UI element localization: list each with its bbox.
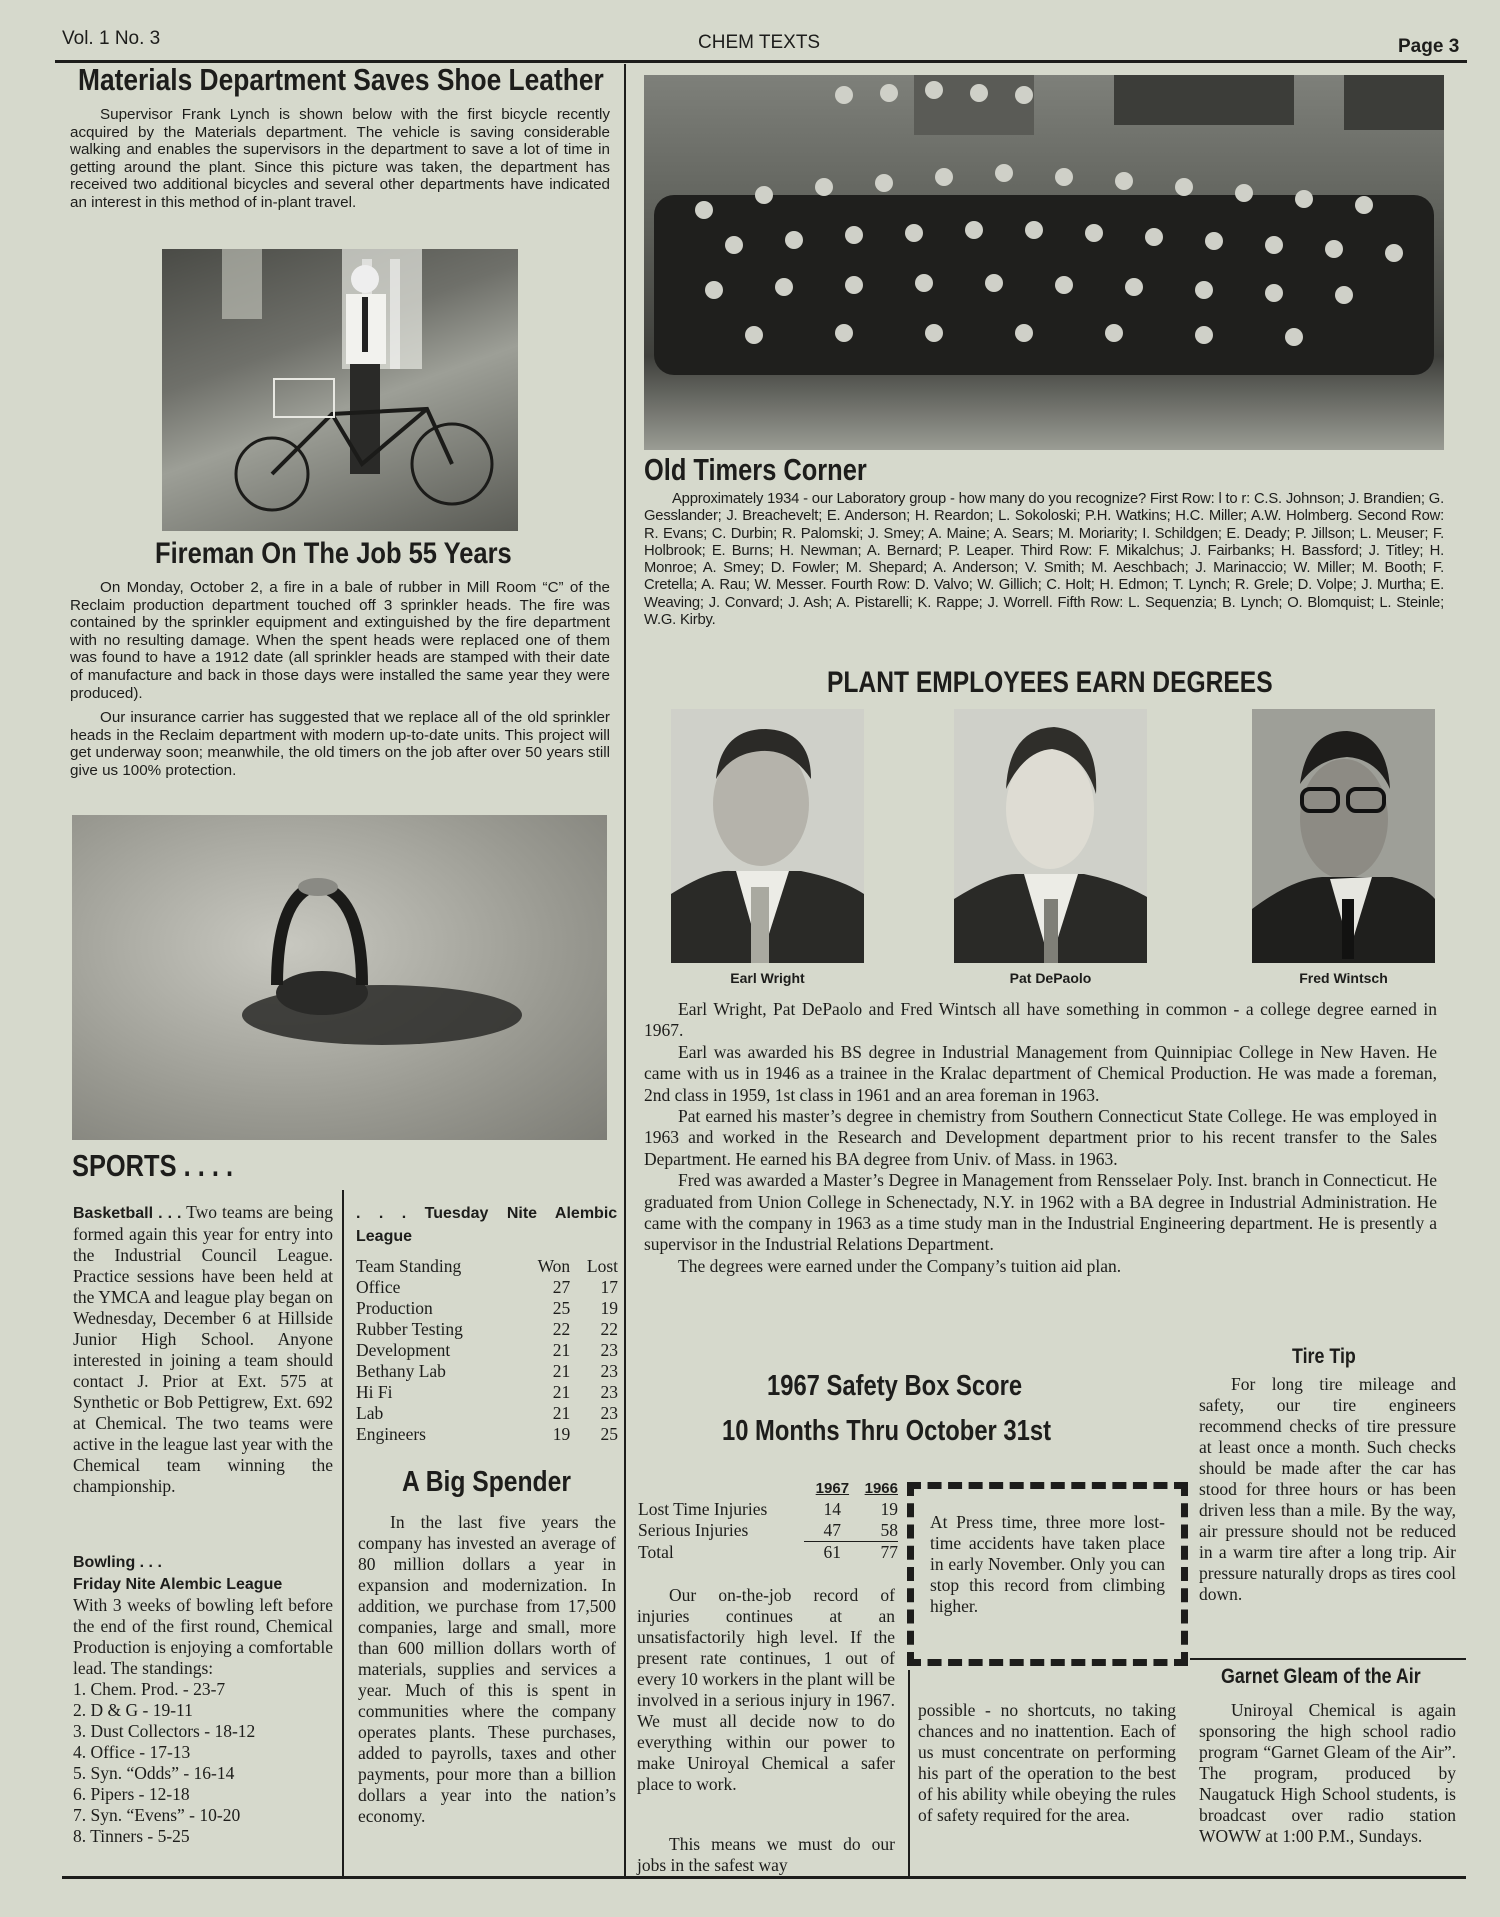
bicycle-illustration-icon <box>162 249 518 531</box>
won-count: 21 <box>520 1340 570 1361</box>
bowling-standing-item: 6. Pipers - 12-18 <box>73 1784 333 1805</box>
safety-subheadline: 10 Months Thru October 31st <box>722 1415 1051 1448</box>
publication-title: CHEM TEXTS <box>698 32 820 54</box>
lost-count: 17 <box>570 1277 618 1298</box>
team-name: Production <box>356 1298 520 1319</box>
column-header: Team Standing <box>356 1256 520 1277</box>
team-name: Bethany Lab <box>356 1361 520 1382</box>
portrait-caption: Fred Wintsch <box>1252 970 1435 986</box>
value-1966: 58 <box>855 1520 898 1542</box>
degrees-paragraph: Fred was awarded a Master’s Degree in Ma… <box>644 1170 1437 1256</box>
bowling-label: Bowling . . . <box>73 1552 333 1573</box>
tire-tip-headline: Tire Tip <box>1292 1345 1356 1369</box>
materials-body: Supervisor Frank Lynch is shown below wi… <box>70 106 610 212</box>
fireman-paragraph-2: Our insurance carrier has suggested that… <box>70 709 610 779</box>
degrees-paragraph: Earl was awarded his BS degree in Indust… <box>644 1042 1437 1106</box>
column-header-1967: 1967 <box>804 1478 855 1499</box>
portrait-caption: Pat DePaolo <box>954 970 1147 986</box>
bowling-standing-item: 3. Dust Collectors - 18-12 <box>73 1721 333 1742</box>
bowling-standing-item: 1. Chem. Prod. - 23-7 <box>73 1679 333 1700</box>
table-row: Development2123 <box>356 1340 618 1361</box>
team-name: Development <box>356 1340 520 1361</box>
won-count: 19 <box>520 1424 570 1445</box>
table-row: Total6177 <box>638 1542 898 1564</box>
won-count: 22 <box>520 1319 570 1340</box>
table-row: Serious Injuries4758 <box>638 1520 898 1542</box>
garnet-body: Uniroyal Chemical is again sponsoring th… <box>1199 1700 1456 1847</box>
tuesday-league-label: . . . Tuesday Nite Alembic League <box>356 1202 618 1248</box>
table-header-row: Team Standing Won Lost <box>356 1256 618 1277</box>
page-number: Page 3 <box>1398 36 1459 58</box>
column-header: Won <box>520 1256 570 1277</box>
garnet-headline: Garnet Gleam of the Air <box>1221 1665 1421 1689</box>
portrait-caption: Earl Wright <box>671 970 864 986</box>
big-spender-body: In the last five years the company has i… <box>358 1512 616 1827</box>
table-row: Production2519 <box>356 1298 618 1319</box>
degrees-headline: PLANT EMPLOYEES EARN DEGREES <box>827 666 1273 700</box>
portrait-earl-wright <box>671 709 864 963</box>
portrait-pat-depaolo <box>954 709 1147 963</box>
portrait-icon <box>671 709 864 963</box>
table-row: Rubber Testing2222 <box>356 1319 618 1340</box>
big-spender-headline: A Big Spender <box>402 1466 571 1499</box>
lost-count: 22 <box>570 1319 618 1340</box>
injury-category: Total <box>638 1542 804 1564</box>
tire-tip-body: For long tire mileage and safety, our ti… <box>1199 1374 1456 1605</box>
won-count: 25 <box>520 1298 570 1319</box>
tuesday-league-section: . . . Tuesday Nite Alembic League Team S… <box>356 1202 618 1445</box>
won-count: 21 <box>520 1403 570 1424</box>
portrait-fred-wintsch <box>1252 709 1435 963</box>
table-row: Office2717 <box>356 1277 618 1298</box>
materials-headline: Materials Department Saves Shoe Leather <box>78 62 604 98</box>
portrait-icon <box>954 709 1147 963</box>
bowling-standing-item: 8. Tinners - 5-25 <box>73 1826 333 1847</box>
table-row: Lab2123 <box>356 1403 618 1424</box>
team-name: Hi Fi <box>356 1382 520 1403</box>
safety-score-table: 1967 1966 Lost Time Injuries1419 Serious… <box>638 1478 898 1563</box>
fireman-headline: Fireman On The Job 55 Years <box>155 537 512 571</box>
fireman-paragraph-1: On Monday, October 2, a fire in a bale o… <box>70 579 610 702</box>
portrait-icon <box>1252 709 1435 963</box>
lost-count: 19 <box>570 1298 618 1319</box>
page-bottom-rule <box>62 1876 1466 1879</box>
materials-article: Supervisor Frank Lynch is shown below wi… <box>70 106 610 212</box>
team-name: Office <box>356 1277 520 1298</box>
press-time-text: At Press time, three more lost-time acci… <box>930 1512 1165 1617</box>
volume-number: Vol. 1 No. 3 <box>62 28 160 50</box>
degrees-paragraph: Pat earned his master’s degree in chemis… <box>644 1106 1437 1170</box>
won-count: 27 <box>520 1277 570 1298</box>
team-name: Lab <box>356 1403 520 1424</box>
value-1966: 77 <box>855 1542 898 1564</box>
bowling-standing-item: 5. Syn. “Odds” - 16-14 <box>73 1763 333 1784</box>
value-1967: 61 <box>804 1542 855 1564</box>
safety-headline: 1967 Safety Box Score <box>767 1370 1022 1403</box>
lost-count: 23 <box>570 1361 618 1382</box>
lost-count: 23 <box>570 1340 618 1361</box>
friday-league-label: Friday Nite Alembic League <box>73 1574 333 1595</box>
lost-count: 25 <box>570 1424 618 1445</box>
degrees-paragraph: The degrees were earned under the Compan… <box>644 1256 1437 1277</box>
basketball-section: Basketball . . . Two teams are being for… <box>73 1202 333 1497</box>
lost-count: 23 <box>570 1403 618 1424</box>
bicycle-photo <box>162 249 518 531</box>
column-header-1966: 1966 <box>855 1478 898 1499</box>
bowling-standings-list: 1. Chem. Prod. - 23-7 2. D & G - 19-11 3… <box>73 1679 333 1847</box>
table-header-row: 1967 1966 <box>638 1478 898 1499</box>
table-row: Lost Time Injuries1419 <box>638 1499 898 1520</box>
safety-paragraph-2: This means we must do our jobs in the sa… <box>637 1834 895 1876</box>
laboratory-group-photo <box>644 75 1444 450</box>
bowling-body: With 3 weeks of bowling left before the … <box>73 1595 333 1679</box>
degrees-paragraph: Earl Wright, Pat DePaolo and Fred Wintsc… <box>644 999 1437 1042</box>
column-header <box>638 1478 804 1499</box>
column-divider <box>624 64 626 1876</box>
group-photo-illustration-icon <box>644 75 1444 450</box>
team-name: Rubber Testing <box>356 1319 520 1340</box>
bowling-standing-item: 2. D & G - 19-11 <box>73 1700 333 1721</box>
basketball-label: Basketball . . . <box>73 1205 182 1222</box>
bowling-standing-item: 7. Syn. “Evens” - 10-20 <box>73 1805 333 1826</box>
old-timers-body: Approximately 1934 - our Laboratory grou… <box>644 491 1444 629</box>
bowling-standing-item: 4. Office - 17-13 <box>73 1742 333 1763</box>
value-1966: 19 <box>855 1499 898 1520</box>
lost-count: 23 <box>570 1382 618 1403</box>
sports-headline: SPORTS . . . . <box>72 1148 233 1184</box>
basketball-body: Two teams are being formed again this ye… <box>73 1202 333 1496</box>
tuesday-standings-table: Team Standing Won Lost Office2717 Produc… <box>356 1256 618 1445</box>
sprinkler-head-illustration-icon <box>72 815 607 1140</box>
team-name: Engineers <box>356 1424 520 1445</box>
table-row: Bethany Lab2123 <box>356 1361 618 1382</box>
safety-paragraph-2-continued: possible - no shortcuts, no taking chanc… <box>918 1700 1176 1826</box>
injury-category: Lost Time Injuries <box>638 1499 804 1520</box>
safety-inner-divider <box>908 1670 910 1876</box>
degrees-article: Earl Wright, Pat DePaolo and Fred Wintsc… <box>644 999 1437 1277</box>
safety-paragraph-1: Our on-the-job record of injuries contin… <box>637 1585 895 1795</box>
won-count: 21 <box>520 1361 570 1382</box>
table-row: Engineers1925 <box>356 1424 618 1445</box>
injury-category: Serious Injuries <box>638 1520 804 1542</box>
won-count: 21 <box>520 1382 570 1403</box>
bowling-section: Bowling . . . Friday Nite Alembic League… <box>73 1552 333 1847</box>
value-1967: 14 <box>804 1499 855 1520</box>
table-row: Hi Fi2123 <box>356 1382 618 1403</box>
sprinkler-head-photo <box>72 815 607 1140</box>
column-header: Lost <box>570 1256 618 1277</box>
old-timers-headline: Old Timers Corner <box>644 452 867 488</box>
value-1967: 47 <box>804 1520 855 1542</box>
garnet-top-rule <box>1190 1658 1466 1660</box>
sports-column-divider <box>342 1190 344 1876</box>
fireman-article: On Monday, October 2, a fire in a bale o… <box>70 579 610 780</box>
